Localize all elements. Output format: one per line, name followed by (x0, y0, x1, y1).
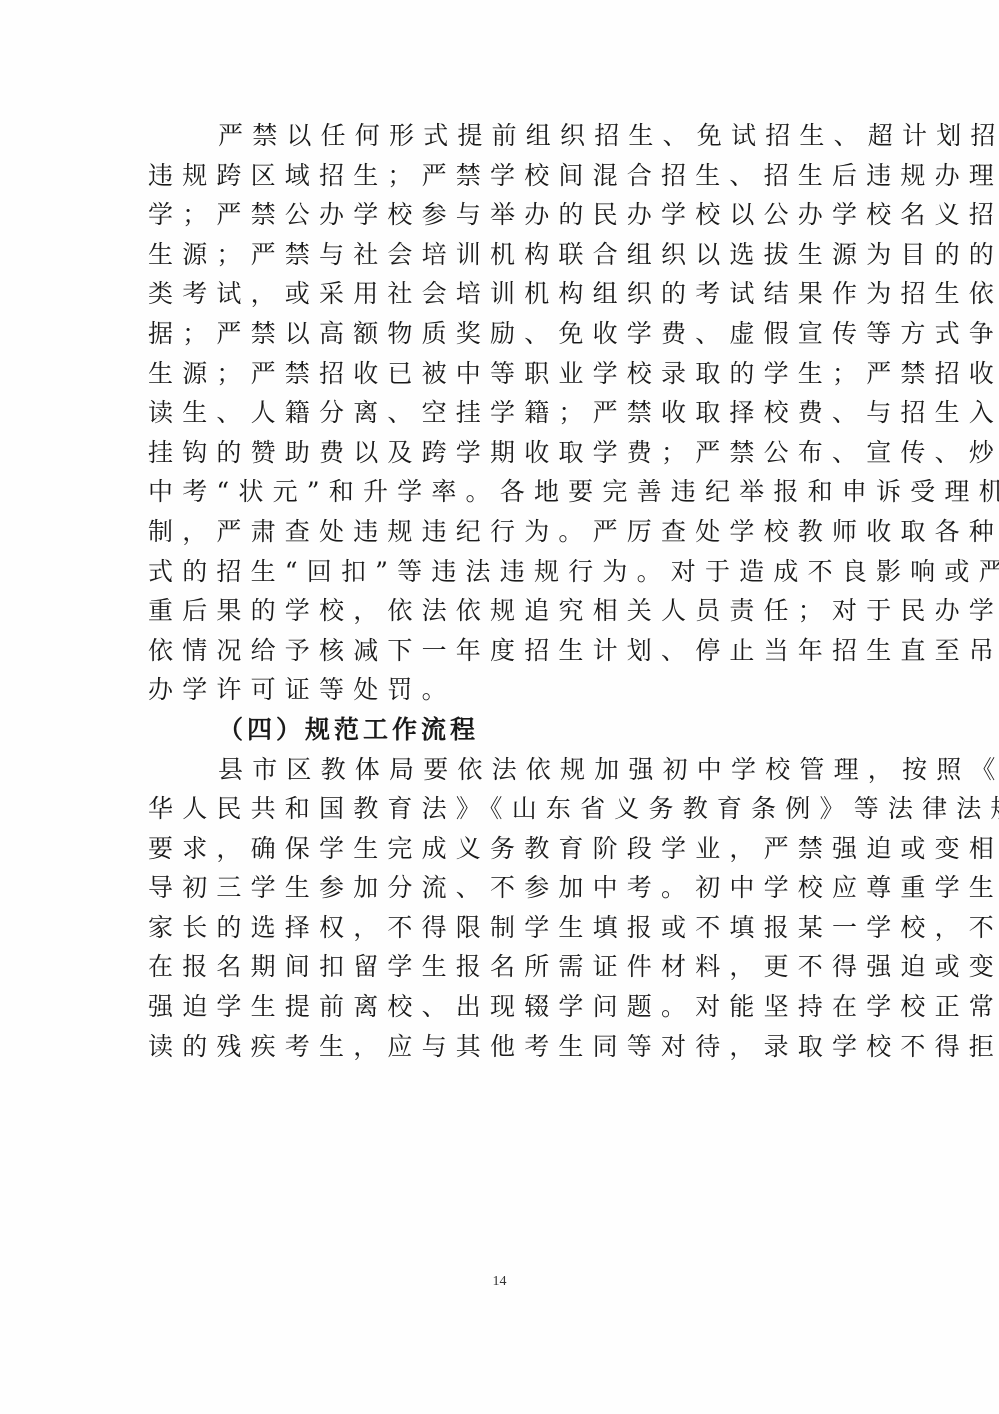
paragraph-1-line: 据；严禁以高额物质奖励、免收学费、虚假宣传等方式争抢 (148, 314, 854, 354)
paragraph-1-line: 违规跨区域招生；严禁学校间混合招生、招生后违规办理转 (148, 156, 854, 196)
paragraph-2-line: 强迫学生提前离校、出现辍学问题。对能坚持在学校正常就 (148, 987, 854, 1027)
paragraph-1-line: 式的招生“回扣”等违法违规行为。对于造成不良影响或严 (148, 552, 854, 592)
paragraph-1-line: 重后果的学校，依法依规追究相关人员责任；对于民办学校， (148, 591, 854, 631)
paragraph-2-line: 华人民共和国教育法》《山东省义务教育条例》等法律法规 (148, 789, 854, 829)
paragraph-1-line: 生源；严禁招收已被中等职业学校录取的学生；严禁招收借 (148, 354, 854, 394)
paragraph-2-line: 家长的选择权，不得限制学生填报或不填报某一学校，不得 (148, 908, 854, 948)
paragraph-1-line: 类考试，或采用社会培训机构组织的考试结果作为招生依 (148, 274, 854, 314)
paragraph-1-line: 学；严禁公办学校参与举办的民办学校以公办学校名义招揽 (148, 195, 854, 235)
paragraph-2-line: 县市区教体局要依法依规加强初中学校管理，按照《中 (148, 750, 854, 790)
paragraph-1-line: 办学许可证等处罚。 (148, 670, 854, 710)
paragraph-1-line: 挂钩的赞助费以及跨学期收取学费；严禁公布、宣传、炒作 (148, 433, 854, 473)
paragraph-1-line: 制，严肃查处违规违纪行为。严厉查处学校教师收取各种形 (148, 512, 854, 552)
paragraph-1-line: 中考“状元”和升学率。各地要完善违纪举报和申诉受理机 (148, 472, 854, 512)
document-page: 严禁以任何形式提前组织招生、免试招生、超计划招生、 违规跨区域招生；严禁学校间混… (0, 0, 999, 1414)
document-body: 严禁以任何形式提前组织招生、免试招生、超计划招生、 违规跨区域招生；严禁学校间混… (148, 116, 854, 1066)
paragraph-1-line: 严禁以任何形式提前组织招生、免试招生、超计划招生、 (148, 116, 854, 156)
paragraph-1-line: 读生、人籍分离、空挂学籍；严禁收取择校费、与招生入学 (148, 393, 854, 433)
page-number: 14 (0, 1274, 999, 1290)
paragraph-1-line: 生源；严禁与社会培训机构联合组织以选拔生源为目的的各 (148, 235, 854, 275)
paragraph-2-line: 读的残疾考生，应与其他考生同等对待，录取学校不得拒绝 (148, 1027, 854, 1067)
paragraph-2-line: 在报名期间扣留学生报名所需证件材料，更不得强迫或变相 (148, 947, 854, 987)
section-heading: （四）规范工作流程 (148, 710, 854, 750)
paragraph-1-line: 依情况给予核减下一年度招生计划、停止当年招生直至吊销 (148, 631, 854, 671)
paragraph-2-line: 要求，确保学生完成义务教育阶段学业，严禁强迫或变相诱 (148, 829, 854, 869)
paragraph-2-line: 导初三学生参加分流、不参加中考。初中学校应尊重学生及 (148, 868, 854, 908)
